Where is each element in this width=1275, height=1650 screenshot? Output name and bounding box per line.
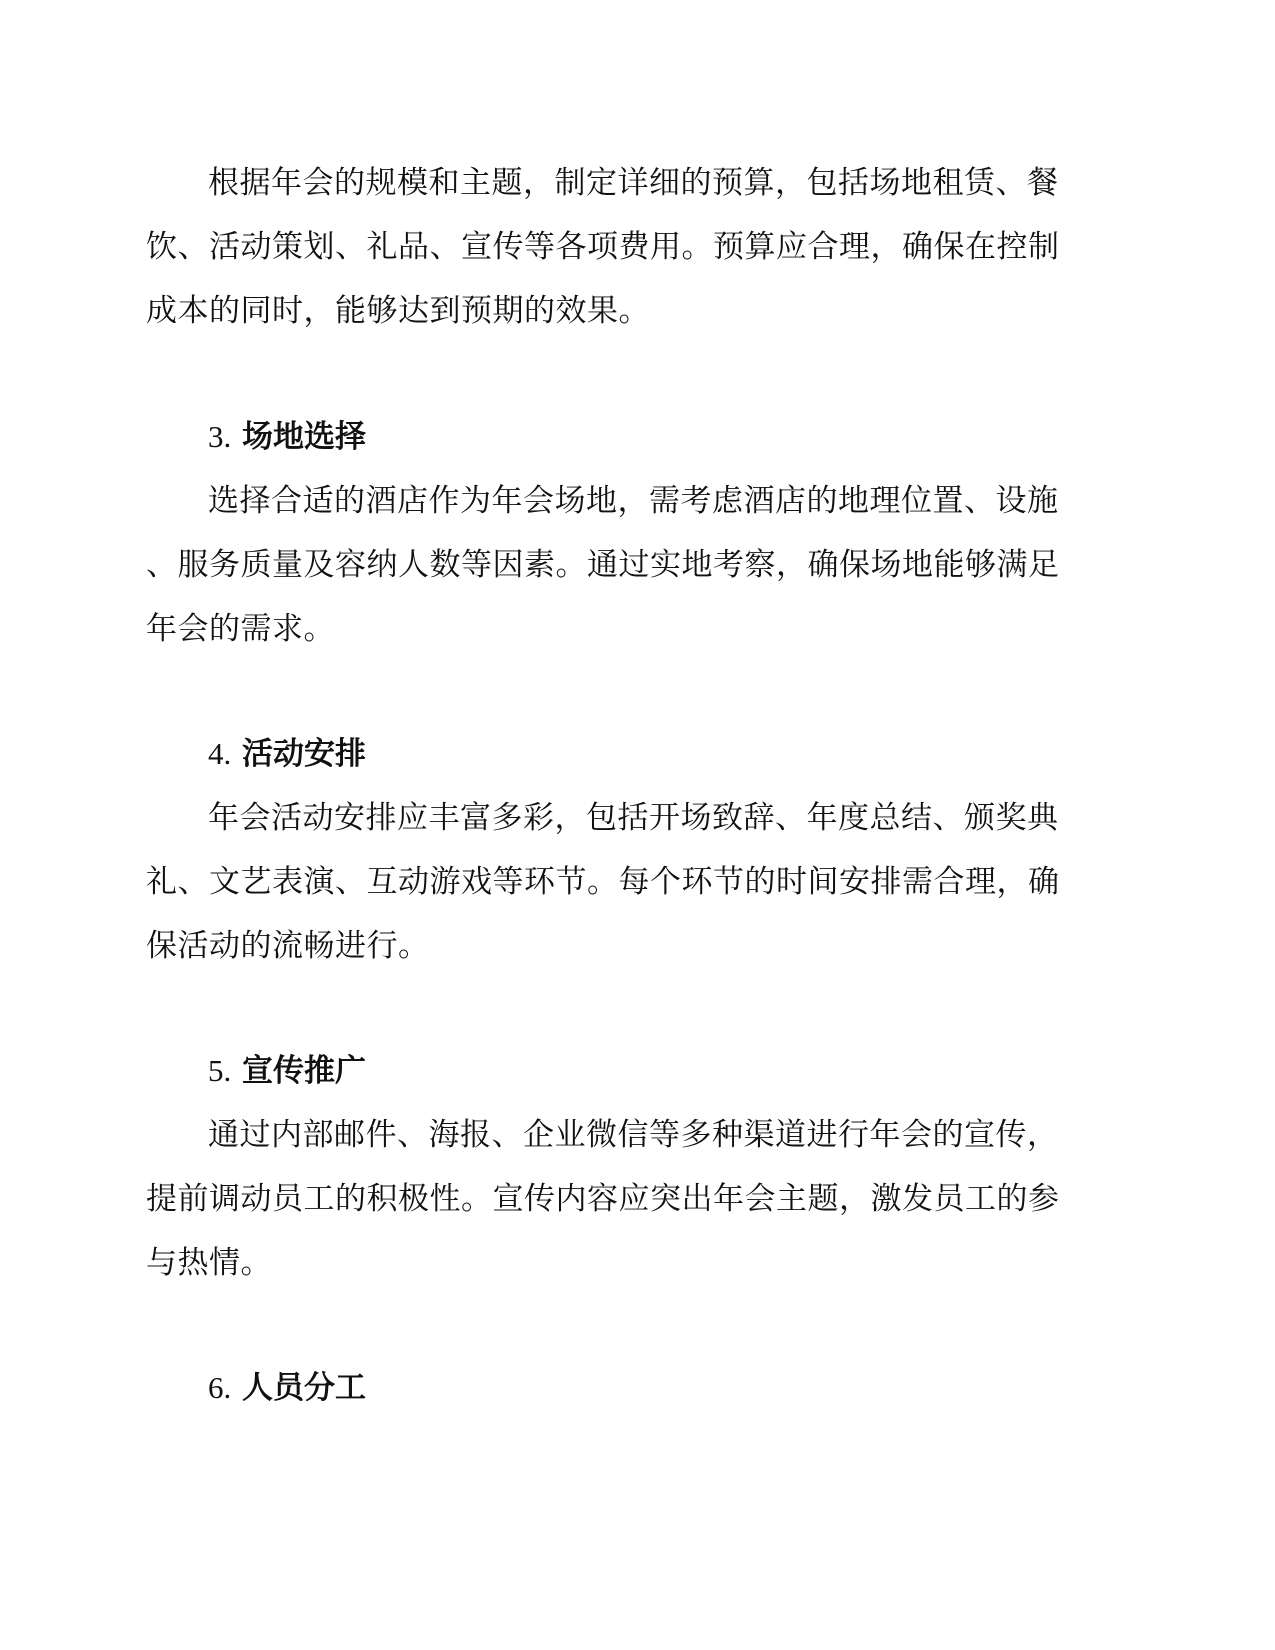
paragraph-line: 选择合适的酒店作为年会场地，需考虑酒店的地理位置、设施 bbox=[208, 481, 1059, 521]
paragraph-line: 提前调动员工的积极性。宣传内容应突出年会主题，激发员工的参 bbox=[146, 1179, 1060, 1219]
section-heading-staffing: 6. 人员分工 bbox=[208, 1368, 366, 1408]
paragraph-line: 根据年会的规模和主题，制定详细的预算，包括场地租赁、餐 bbox=[208, 163, 1059, 203]
paragraph-line: 年会活动安排应丰富多彩，包括开场致辞、年度总结、颁奖典 bbox=[208, 798, 1059, 838]
paragraph-line: 通过内部邮件、海报、企业微信等多种渠道进行年会的宣传， bbox=[208, 1115, 1059, 1155]
paragraph-line: 、服务质量及容纳人数等因素。通过实地考察，确保场地能够满足 bbox=[146, 545, 1060, 585]
paragraph-line: 饮、活动策划、礼品、宣传等各项费用。预算应合理，确保在控制 bbox=[146, 227, 1060, 267]
paragraph-line: 礼、文艺表演、互动游戏等环节。每个环节的时间安排需合理，确 bbox=[146, 862, 1060, 902]
heading-title: 人员分工 bbox=[242, 1370, 366, 1406]
heading-title: 宣传推广 bbox=[242, 1053, 366, 1089]
section-heading-promotion: 5. 宣传推广 bbox=[208, 1051, 366, 1091]
section-heading-venue: 3. 场地选择 bbox=[208, 417, 366, 457]
section-heading-activities: 4. 活动安排 bbox=[208, 734, 366, 774]
heading-number: 4. bbox=[208, 736, 231, 771]
heading-number: 5. bbox=[208, 1053, 231, 1088]
paragraph-line: 与热情。 bbox=[146, 1243, 272, 1283]
heading-title: 场地选择 bbox=[242, 419, 366, 455]
heading-number: 6. bbox=[208, 1370, 231, 1405]
heading-title: 活动安排 bbox=[242, 736, 366, 772]
heading-number: 3. bbox=[208, 419, 231, 454]
document-page: 根据年会的规模和主题，制定详细的预算，包括场地租赁、餐 饮、活动策划、礼品、宣传… bbox=[0, 0, 1275, 1650]
paragraph-line: 成本的同时，能够达到预期的效果。 bbox=[146, 291, 650, 331]
paragraph-line: 保活动的流畅进行。 bbox=[146, 926, 430, 966]
paragraph-line: 年会的需求。 bbox=[146, 609, 335, 649]
